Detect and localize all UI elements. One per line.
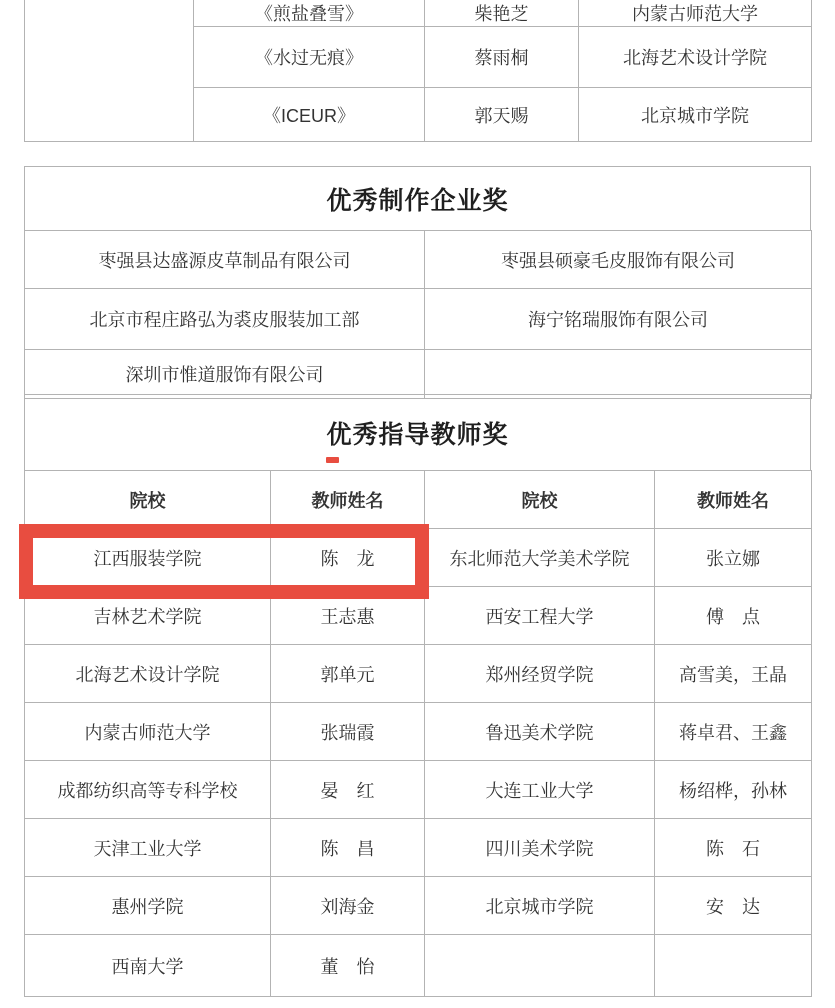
empty-cell bbox=[425, 935, 655, 997]
college-cell: 东北师范大学美术学院 bbox=[425, 529, 655, 587]
college-header: 院校 bbox=[425, 471, 655, 529]
teacher-cell: 陈 龙 bbox=[271, 529, 425, 587]
college-cell: 西安工程大学 bbox=[425, 587, 655, 645]
teacher-cell: 王志惠 bbox=[271, 587, 425, 645]
college-cell: 北京城市学院 bbox=[425, 877, 655, 935]
teacher-table-header-row: 院校 教师姓名 院校 教师姓名 bbox=[25, 471, 812, 529]
work-title-cell: 《水过无痕》 bbox=[194, 27, 425, 88]
teacher-award-title-band: 优秀指导教师奖 bbox=[24, 394, 811, 471]
teacher-name-header: 教师姓名 bbox=[271, 471, 425, 529]
teacher-cell: 高雪美，王晶 bbox=[655, 645, 812, 703]
works-award-table: 《煎盐叠雪》 柴艳芝 内蒙古师范大学 《水过无痕》 蔡雨桐 北海艺术设计学院 《… bbox=[24, 0, 812, 142]
teacher-cell: 蒋卓君、王鑫 bbox=[655, 703, 812, 761]
teacher-cell: 杨绍桦，孙林 bbox=[655, 761, 812, 819]
college-cell: 惠州学院 bbox=[25, 877, 271, 935]
company-cell: 海宁铭瑞服饰有限公司 bbox=[425, 289, 812, 350]
teacher-cell: 刘海金 bbox=[271, 877, 425, 935]
teacher-row: 天津工业大学 陈 昌 四川美术学院 陈 石 bbox=[25, 819, 812, 877]
work-title-cell: 《煎盐叠雪》 bbox=[194, 0, 425, 27]
work-title-cell: 《ICEUR》 bbox=[194, 88, 425, 142]
teacher-row: 内蒙古师范大学 张瑞霞 鲁迅美术学院 蒋卓君、王鑫 bbox=[25, 703, 812, 761]
teacher-row: 北海艺术设计学院 郭单元 郑州经贸学院 高雪美，王晶 bbox=[25, 645, 812, 703]
teacher-row: 西南大学 董 怡 bbox=[25, 935, 812, 997]
college-cell: 成都纺织高等专科学校 bbox=[25, 761, 271, 819]
teacher-cell: 郭单元 bbox=[271, 645, 425, 703]
empty-cell bbox=[655, 935, 812, 997]
works-table-row: 《煎盐叠雪》 柴艳芝 内蒙古师范大学 bbox=[25, 0, 812, 27]
college-cell: 郑州经贸学院 bbox=[425, 645, 655, 703]
empty-cell bbox=[425, 350, 812, 399]
company-row: 北京市程庄路弘为裘皮服装加工部 海宁铭瑞服饰有限公司 bbox=[25, 289, 812, 350]
college-cell: 江西服装学院 bbox=[25, 529, 271, 587]
teacher-cell: 董 怡 bbox=[271, 935, 425, 997]
teacher-cell: 傅 点 bbox=[655, 587, 812, 645]
college-cell: 西南大学 bbox=[25, 935, 271, 997]
company-cell: 枣强县硕豪毛皮服饰有限公司 bbox=[425, 231, 812, 289]
enterprise-award-title: 优秀制作企业奖 bbox=[326, 181, 508, 217]
teacher-cell: 张立娜 bbox=[655, 529, 812, 587]
college-cell: 北海艺术设计学院 bbox=[25, 645, 271, 703]
school-cell: 北京城市学院 bbox=[579, 88, 812, 142]
red-underline-mark bbox=[326, 457, 339, 463]
teacher-award-table: 院校 教师姓名 院校 教师姓名 江西服装学院 陈 龙 东北师范大学美术学院 张立… bbox=[24, 470, 812, 997]
college-cell: 鲁迅美术学院 bbox=[425, 703, 655, 761]
author-cell: 柴艳芝 bbox=[425, 0, 579, 27]
company-cell: 枣强县达盛源皮草制品有限公司 bbox=[25, 231, 425, 289]
teacher-award-title: 优秀指导教师奖 bbox=[326, 415, 508, 451]
teacher-cell: 陈 石 bbox=[655, 819, 812, 877]
college-cell: 大连工业大学 bbox=[425, 761, 655, 819]
merged-empty-cell bbox=[25, 0, 194, 142]
teacher-cell: 安 达 bbox=[655, 877, 812, 935]
college-cell: 天津工业大学 bbox=[25, 819, 271, 877]
college-cell: 内蒙古师范大学 bbox=[25, 703, 271, 761]
teacher-name-header: 教师姓名 bbox=[655, 471, 812, 529]
enterprise-award-table: 枣强县达盛源皮草制品有限公司 枣强县硕豪毛皮服饰有限公司 北京市程庄路弘为裘皮服… bbox=[24, 230, 812, 399]
author-cell: 蔡雨桐 bbox=[425, 27, 579, 88]
award-list-page: 《煎盐叠雪》 柴艳芝 内蒙古师范大学 《水过无痕》 蔡雨桐 北海艺术设计学院 《… bbox=[0, 0, 835, 1008]
company-row: 深圳市惟道服饰有限公司 bbox=[25, 350, 812, 399]
teacher-cell: 张瑞霞 bbox=[271, 703, 425, 761]
school-cell: 北海艺术设计学院 bbox=[579, 27, 812, 88]
teacher-cell: 陈 昌 bbox=[271, 819, 425, 877]
enterprise-award-title-band: 优秀制作企业奖 bbox=[24, 166, 811, 231]
teacher-row: 吉林艺术学院 王志惠 西安工程大学 傅 点 bbox=[25, 587, 812, 645]
college-header: 院校 bbox=[25, 471, 271, 529]
college-cell: 吉林艺术学院 bbox=[25, 587, 271, 645]
teacher-row: 惠州学院 刘海金 北京城市学院 安 达 bbox=[25, 877, 812, 935]
company-cell: 深圳市惟道服饰有限公司 bbox=[25, 350, 425, 399]
college-cell: 四川美术学院 bbox=[425, 819, 655, 877]
teacher-row-highlighted: 江西服装学院 陈 龙 东北师范大学美术学院 张立娜 bbox=[25, 529, 812, 587]
author-cell: 郭天赐 bbox=[425, 88, 579, 142]
teacher-row: 成都纺织高等专科学校 晏 红 大连工业大学 杨绍桦，孙林 bbox=[25, 761, 812, 819]
company-cell: 北京市程庄路弘为裘皮服装加工部 bbox=[25, 289, 425, 350]
school-cell: 内蒙古师范大学 bbox=[579, 0, 812, 27]
teacher-cell: 晏 红 bbox=[271, 761, 425, 819]
company-row: 枣强县达盛源皮草制品有限公司 枣强县硕豪毛皮服饰有限公司 bbox=[25, 231, 812, 289]
